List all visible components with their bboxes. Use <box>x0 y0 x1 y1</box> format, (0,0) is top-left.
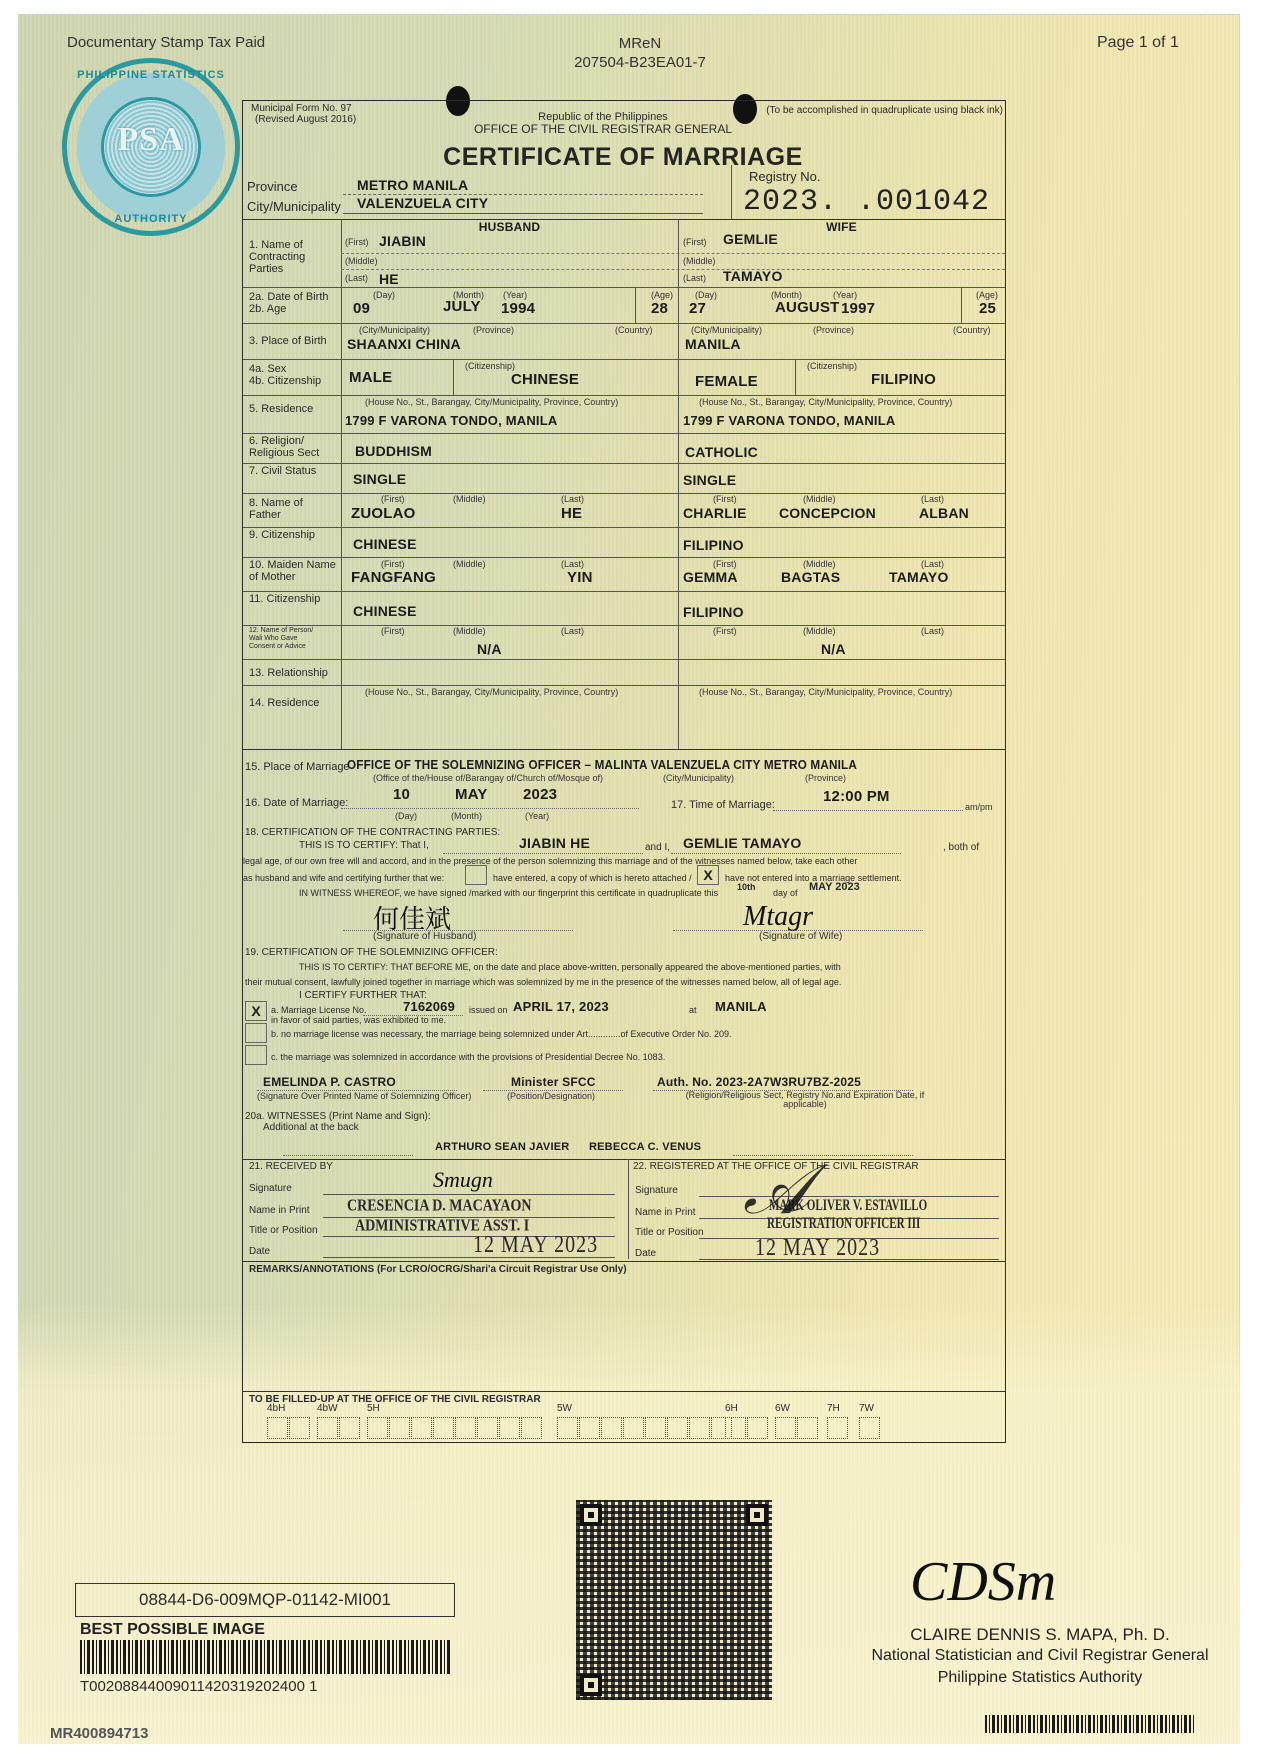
pd1083-label: c. the marriage was solemnized in accord… <box>271 1051 665 1063</box>
husband-residence: 1799 F VARONA TONDO, MANILA <box>345 413 557 428</box>
cert18-day-of: day of <box>773 887 798 899</box>
registry-number: 2023. .001042 <box>743 185 990 219</box>
city-label: City/Municipality <box>247 201 341 213</box>
place-sublabel-province: (Province) <box>805 773 846 783</box>
witness-2: REBECCA C. VENUS <box>589 1141 701 1153</box>
registrar-code-box[interactable] <box>557 1417 578 1439</box>
wife-first-name: GEMLIE <box>723 231 778 247</box>
form-revised: (Revised August 2016) <box>255 114 356 126</box>
sublabel-first: (First) <box>381 494 405 504</box>
wife-signature-label: (Signature of Wife) <box>759 931 842 942</box>
row-11-label: 11. Citizenship <box>249 593 320 605</box>
row-6-label: 6. Religion/ Religious Sect <box>249 435 339 459</box>
registrar-box-label: 7H <box>827 1403 840 1415</box>
seal-logo-text: PSA <box>67 121 235 159</box>
registrar-box-label: 6W <box>775 1403 790 1415</box>
registrar-box-group: 7H <box>827 1403 840 1415</box>
cert19-line2: their mutual consent, lawfully joined to… <box>245 976 841 988</box>
sublabel-day: (Day) <box>395 811 417 821</box>
sublabel-age: (Age) <box>651 290 673 300</box>
received-date-label: Date <box>249 1246 270 1258</box>
wife-mother-last: TAMAYO <box>889 569 949 585</box>
no-license-checkbox[interactable] <box>245 1023 267 1043</box>
sublabel-first: (First) <box>381 626 405 636</box>
marriage-certificate-form: Municipal Form No. 97 (Revised August 20… <box>242 100 1006 1443</box>
license-label-2: in favor of said parties, was exhibited … <box>271 1014 446 1026</box>
husband-mother-last: YIN <box>567 569 593 586</box>
cert19-heading: 19. CERTIFICATION OF THE SOLEMNIZING OFF… <box>245 947 498 959</box>
wife-mother-citizenship: FILIPINO <box>683 604 744 620</box>
registrar-code-box[interactable] <box>411 1417 432 1439</box>
position-label: (Position/Designation) <box>507 1091 595 1101</box>
husband-citizenship: CHINESE <box>511 371 579 388</box>
wife-last-name: TAMAYO <box>723 268 783 284</box>
registrar-code-box[interactable] <box>797 1417 818 1439</box>
row-4-label: 4a. Sex 4b. Citizenship <box>249 363 321 387</box>
wife-age: 25 <box>979 300 996 317</box>
sublabel-last: (Last) <box>561 626 584 636</box>
wife-dob-month: AUGUST <box>775 299 840 316</box>
husband-mother-citizenship: CHINESE <box>353 603 417 619</box>
registrar-box-group: 6H <box>725 1403 738 1415</box>
received-title-label: Title or Position <box>249 1225 318 1237</box>
wife-religion: CATHOLIC <box>685 444 758 460</box>
registrar-code-box[interactable] <box>623 1417 644 1439</box>
registered-date-label: Date <box>635 1248 656 1260</box>
wife-mother-middle: BAGTAS <box>781 569 840 585</box>
sublabel-country: (Country) <box>615 325 653 335</box>
sublabel-middle: (Middle) <box>803 494 836 504</box>
witnesses-note: Additional at the back <box>263 1122 359 1134</box>
row-5-label: 5. Residence <box>249 403 313 415</box>
marriage-time: 12:00 PM <box>823 788 890 805</box>
cert18-wife-name: GEMLIE TAMAYO <box>683 835 802 851</box>
registrar-code-box[interactable] <box>645 1417 666 1439</box>
husband-father-last: HE <box>561 505 582 522</box>
husband-last-name: HE <box>379 271 399 287</box>
registrar-box-group: 6W <box>775 1403 790 1415</box>
wife-civil-status: SINGLE <box>683 472 736 488</box>
sublabel-address: (House No., St., Barangay, City/Municipa… <box>365 687 618 697</box>
reference-code: 08844-D6-009MQP-01142-MI001 <box>75 1583 455 1617</box>
witness-1: ARTHURO SEAN JAVIER <box>435 1141 569 1153</box>
registrar-general-signature: CDSm <box>910 1550 1056 1614</box>
registrar-code-box[interactable] <box>521 1417 542 1439</box>
province-value: METRO MANILA <box>357 177 468 193</box>
registrar-code-box[interactable] <box>579 1417 600 1439</box>
sublabel-address: (House No., St., Barangay, City/Municipa… <box>365 397 618 407</box>
cert18-husband-name: JIABIN HE <box>519 835 590 851</box>
wife-father-last: ALBAN <box>919 505 969 521</box>
husband-column-header: HUSBAND <box>341 220 678 234</box>
sublabel-last: (Last) <box>683 273 706 283</box>
sublabel-middle: (Middle) <box>453 559 486 569</box>
husband-dob-year: 1994 <box>501 300 535 317</box>
sublabel-last: (Last) <box>561 559 584 569</box>
row-12-label: 12. Name of Person/ Wali Who Gave Consen… <box>249 627 321 651</box>
office-label: OFFICE OF THE CIVIL REGISTRAR GENERAL <box>423 123 783 135</box>
husband-dob-month: JULY <box>443 298 481 315</box>
cert18-witness-month: MAY 2023 <box>809 881 860 893</box>
seal-bottom-text: AUTHORITY <box>67 213 235 225</box>
registrar-box-label: 7W <box>859 1403 874 1415</box>
wife-sex: FEMALE <box>695 373 758 390</box>
sublabel-age: (Age) <box>976 290 998 300</box>
cert19-line1: THIS IS TO CERTIFY: THAT BEFORE ME, on t… <box>299 961 841 973</box>
cert18-line2: legal age, of our own free will and acco… <box>243 855 857 867</box>
registrar-code-box[interactable] <box>689 1417 710 1439</box>
husband-signature-label: (Signature of Husband) <box>373 931 476 942</box>
row-7-label: 7. Civil Status <box>249 465 316 477</box>
registrar-code-box[interactable] <box>747 1417 768 1439</box>
issued-on-label: issued on <box>469 1004 508 1016</box>
officer-label: (Signature Over Printed Name of Solemniz… <box>257 1091 471 1101</box>
settlement-entered-checkbox[interactable] <box>465 865 487 885</box>
husband-consent: N/A <box>477 641 502 657</box>
registrar-code-box[interactable] <box>317 1417 338 1439</box>
sublabel-day: (Day) <box>373 290 395 300</box>
row-1-label: 1. Name of Contracting Parties <box>249 239 337 275</box>
sublabel-middle: (Middle) <box>803 626 836 636</box>
city-value: VALENZUELA CITY <box>357 195 488 211</box>
officer-position: Minister SFCC <box>511 1075 596 1089</box>
row-3-label: 3. Place of Birth <box>249 335 327 347</box>
husband-birthplace: SHAANXI CHINA <box>347 336 461 352</box>
sublabel-country: (Country) <box>953 325 991 335</box>
row-10-label: 10. Maiden Name of Mother <box>249 559 339 583</box>
sublabel-address: (House No., St., Barangay, City/Municipa… <box>699 397 952 407</box>
sublabel-last: (Last) <box>345 273 368 283</box>
sublabel-province: (Province) <box>473 325 514 335</box>
registrar-code-box[interactable] <box>267 1417 288 1439</box>
received-name-label: Name in Print <box>249 1205 310 1217</box>
registrar-box-group: 5H <box>367 1403 380 1415</box>
registrar-code-box[interactable] <box>289 1417 310 1439</box>
license-issued-on: APRIL 17, 2023 <box>513 999 609 1014</box>
sublabel-last: (Last) <box>921 626 944 636</box>
instruction-label: (To be accomplished in quadruplicate usi… <box>763 105 1003 117</box>
wife-residence: 1799 F VARONA TONDO, MANILA <box>683 413 895 428</box>
place-of-marriage: OFFICE OF THE SOLEMNIZING OFFICER – MALI… <box>347 757 857 772</box>
registrar-box-group: 5W <box>557 1403 572 1415</box>
at-label: at <box>689 1004 697 1016</box>
registry-label: Registry No. <box>749 171 821 183</box>
auth-label: (Religion/Religious Sect, Registry No.an… <box>675 1091 935 1109</box>
row-9-label: 9. Citizenship <box>249 529 315 541</box>
small-barcode-icon <box>985 1715 1195 1733</box>
sublabel-province: (Province) <box>813 325 854 335</box>
sublabel-middle: (Middle) <box>453 626 486 636</box>
best-possible-image-label: BEST POSSIBLE IMAGE <box>80 1621 265 1639</box>
wife-mother-first: GEMMA <box>683 569 738 585</box>
wife-dob-day: 27 <box>689 300 706 317</box>
sublabel-first: (First) <box>345 237 369 247</box>
sublabel-last: (Last) <box>561 494 584 504</box>
registrar-code-box[interactable] <box>367 1417 388 1439</box>
license-issued-at: MANILA <box>715 999 767 1014</box>
row-8-label: 8. Name of Father <box>249 497 319 521</box>
registered-name-label: Name in Print <box>635 1207 696 1219</box>
signatory-name: CLAIRE DENNIS S. MAPA, Ph. D. <box>840 1625 1240 1645</box>
sublabel-middle: (Middle) <box>803 559 836 569</box>
registered-title-label: Title or Position <box>635 1227 704 1239</box>
husband-age: 28 <box>651 300 668 317</box>
sublabel-address: (House No., St., Barangay, City/Municipa… <box>699 687 952 697</box>
marriage-month: MAY <box>455 786 488 803</box>
sublabel-middle: (Middle) <box>345 256 378 266</box>
sublabel-first: (First) <box>713 494 737 504</box>
registrar-code-box[interactable] <box>827 1417 848 1439</box>
sublabel-year: (Year) <box>525 811 549 821</box>
registrar-box-group: 4bW <box>317 1403 338 1415</box>
row-2-label: 2a. Date of Birth 2b. Age <box>249 291 329 315</box>
wife-citizenship: FILIPINO <box>871 371 936 388</box>
sublabel-middle: (Middle) <box>683 256 716 266</box>
psa-seal-icon: PHILIPPINE STATISTICS PSA AUTHORITY <box>62 58 240 236</box>
registered-signature-label: Signature <box>635 1185 678 1197</box>
signatory-org: Philippine Statistics Authority <box>840 1669 1240 1687</box>
cert18-line1: THIS IS TO CERTIFY: That I, <box>299 840 429 852</box>
registrar-code-box[interactable] <box>339 1417 360 1439</box>
no-license-label: b. no marriage license was necessary, th… <box>271 1028 732 1040</box>
sublabel-last: (Last) <box>921 494 944 504</box>
page-indicator: Page 1 of 1 <box>1097 34 1179 52</box>
mren-block: MReN 207504-B23EA01-7 <box>560 34 720 72</box>
wife-consent: N/A <box>821 641 846 657</box>
sublabel-middle: (Middle) <box>453 494 486 504</box>
settlement-not-entered-checkbox[interactable]: X <box>697 865 719 885</box>
license-checkbox[interactable]: X <box>245 1001 267 1021</box>
husband-religion: BUDDHISM <box>355 443 432 459</box>
registrar-code-box[interactable] <box>725 1417 746 1439</box>
place-label: 15. Place of Marriage <box>245 761 350 773</box>
registrar-box-label: 5W <box>557 1403 572 1415</box>
officer-authorization: Auth. No. 2023-2A7W3RU7BZ-2025 <box>657 1075 861 1089</box>
registrar-box-label: 4bW <box>317 1403 338 1415</box>
registrar-box-groups: 4bH4bW5H5W6H6W7H7W <box>267 1403 1007 1443</box>
registrar-code-box[interactable] <box>601 1417 622 1439</box>
cert18-both-of: , both of <box>943 842 979 854</box>
wife-father-middle: CONCEPCION <box>779 505 876 521</box>
cert18-line3b: have entered, a copy of which is hereto … <box>493 872 692 884</box>
sublabel-last: (Last) <box>921 559 944 569</box>
sublabel-month: (Month) <box>451 811 482 821</box>
registrar-code-box[interactable] <box>433 1417 454 1439</box>
registrar-code-box[interactable] <box>667 1417 688 1439</box>
registrar-code-box[interactable] <box>859 1417 880 1439</box>
wife-birthplace: MANILA <box>685 336 741 352</box>
registrar-box-label: 5H <box>367 1403 380 1415</box>
sublabel-citizenship: (Citizenship) <box>807 361 857 371</box>
place-sublabel: (Office of the/House of/Barangay of/Chur… <box>373 773 603 783</box>
wife-father-citizenship: FILIPINO <box>683 537 744 553</box>
signatory-title: National Statistician and Civil Registra… <box>820 1647 1260 1665</box>
registrar-box-label: 4bH <box>267 1403 285 1415</box>
husband-first-name: JIABIN <box>379 233 426 249</box>
date-label: 16. Date of Marriage: <box>245 797 348 809</box>
cert18-line3: as husband and wife and certifying furth… <box>243 872 444 884</box>
registrar-code-box[interactable] <box>775 1417 796 1439</box>
cert18-line4: IN WITNESS WHEREOF, we have signed /mark… <box>299 887 718 899</box>
sublabel-first: (First) <box>713 626 737 636</box>
husband-father-first: ZUOLAO <box>351 505 416 522</box>
registrar-box-group: 4bH <box>267 1403 285 1415</box>
registrar-code-box[interactable] <box>455 1417 476 1439</box>
time-label: 17. Time of Marriage: <box>671 799 775 811</box>
license-number: 7162069 <box>403 999 455 1014</box>
serial-number: MR400894713 <box>50 1725 148 1742</box>
registrar-box-label: 6H <box>725 1403 738 1415</box>
husband-dob-day: 09 <box>353 300 370 317</box>
sublabel-city: (City/Municipality) <box>359 325 430 335</box>
pd1083-checkbox[interactable] <box>245 1045 267 1065</box>
marriage-day: 10 <box>393 786 410 803</box>
registered-date: 12 MAY 2023 <box>755 1235 880 1263</box>
solemnizing-officer-name: EMELINDA P. CASTRO <box>263 1075 396 1089</box>
cert18-and: and I, <box>645 842 670 854</box>
husband-sex: MALE <box>349 369 392 386</box>
registrar-code-box[interactable] <box>389 1417 410 1439</box>
husband-mother-first: FANGFANG <box>351 569 436 586</box>
husband-father-citizenship: CHINESE <box>353 536 417 552</box>
row-13-label: 13. Relationship <box>249 667 328 679</box>
seal-top-text: PHILIPPINE STATISTICS <box>67 69 235 81</box>
received-name: CRESENCIA D. MACAYAON <box>347 1197 532 1216</box>
barcode-icon <box>80 1640 450 1674</box>
wife-father-first: CHARLIE <box>683 505 747 521</box>
mren-value: 207504-B23EA01-7 <box>560 53 720 72</box>
stamp-tax-label: Documentary Stamp Tax Paid <box>67 34 265 51</box>
remarks-heading: REMARKS/ANNOTATIONS (For LCRO/OCRG/Shari… <box>249 1264 627 1276</box>
sublabel-day: (Day) <box>695 290 717 300</box>
sublabel-first: (First) <box>683 237 707 247</box>
barcode-text: T00208844009011420319202400 1 <box>80 1678 317 1695</box>
row-14-label: 14. Residence <box>249 697 319 709</box>
cert18-heading: 18. CERTIFICATION OF THE CONTRACTING PAR… <box>245 827 500 839</box>
certificate-title: CERTIFICATE OF MARRIAGE <box>393 143 853 172</box>
sublabel-year: (Year) <box>503 290 527 300</box>
ampm-label: am/pm <box>965 802 993 812</box>
registrar-code-box[interactable] <box>477 1417 498 1439</box>
husband-civil-status: SINGLE <box>353 471 406 487</box>
sublabel-city: (City/Municipality) <box>691 325 762 335</box>
received-signature: Smugn <box>433 1167 493 1193</box>
received-heading: 21. RECEIVED BY <box>249 1161 333 1173</box>
mren-label: MReN <box>560 34 720 53</box>
received-signature-label: Signature <box>249 1183 292 1195</box>
marriage-year: 2023 <box>523 786 557 803</box>
sublabel-first: (First) <box>381 559 405 569</box>
province-label: Province <box>247 181 298 193</box>
sublabel-first: (First) <box>713 559 737 569</box>
received-date: 12 MAY 2023 <box>473 1232 598 1260</box>
registrar-signature: 𝒜 <box>743 1151 809 1231</box>
registrar-box-group: 7W <box>859 1403 874 1415</box>
place-sublabel-city: (City/Municipality) <box>663 773 734 783</box>
sublabel-citizenship: (Citizenship) <box>465 361 515 371</box>
cert18-witness-day: 10th <box>737 881 756 893</box>
wife-dob-year: 1997 <box>841 300 875 317</box>
qr-code-icon <box>576 1500 772 1700</box>
registrar-code-box[interactable] <box>499 1417 520 1439</box>
